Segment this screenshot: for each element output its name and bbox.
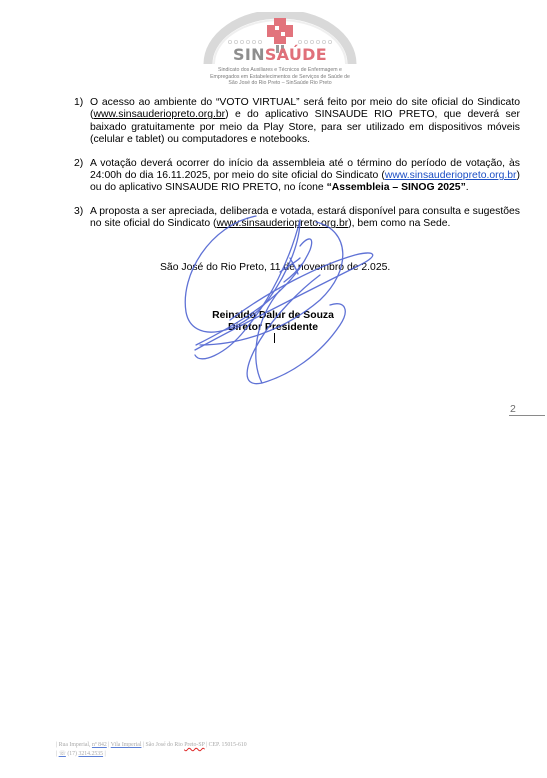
logo-tagline: Sindicato dos Auxiliares e Técnicos de E… <box>190 67 370 87</box>
text-cursor <box>274 333 275 343</box>
phone-icon: ☏ <box>59 751 66 757</box>
site-link[interactable]: www.sinsauderiopreto.org.br <box>385 170 517 181</box>
signer-role: Diretor Presidente <box>198 322 348 333</box>
footer-line-1: | Rua Imperial, nº 842 | Vila Imperial |… <box>56 741 247 750</box>
list-item-1: 1) O acesso ao ambiente do “VOTO VIRTUAL… <box>74 97 520 147</box>
page-number-rule <box>509 415 545 416</box>
item-number: 2) <box>74 158 83 170</box>
list-item-3: 3) A proposta a ser apreciada, deliberad… <box>74 206 520 231</box>
site-link[interactable]: www.sinsauderiopreto.org.br <box>217 218 349 229</box>
date-line: São José do Rio Preto, 11 de novembro de… <box>160 262 390 273</box>
footer-line-2: | ☏ (17) 3214.2535 | <box>56 750 247 759</box>
item-number: 1) <box>74 97 83 109</box>
sinsaude-logo: SINSAÚDE Sindicato dos Auxiliares e Técn… <box>190 12 370 88</box>
footer-address: | Rua Imperial, nº 842 | Vila Imperial |… <box>56 741 247 759</box>
item-number: 3) <box>74 206 83 218</box>
list-item-2: 2) A votação deverá ocorrer do início da… <box>74 158 520 195</box>
logo-wordmark: SINSAÚDE <box>190 45 370 64</box>
page-number: 2 <box>510 403 516 415</box>
spellcheck-flag: Preto-SP <box>184 742 204 748</box>
signer-name: Reinaldo Dalur de Souza <box>198 310 348 321</box>
app-icon-name: “Assembleia – SINOG 2025” <box>327 182 466 193</box>
document-body: 1) O acesso ao ambiente do “VOTO VIRTUAL… <box>74 97 520 242</box>
site-link[interactable]: www.sinsauderiopreto.org.br <box>93 109 225 120</box>
